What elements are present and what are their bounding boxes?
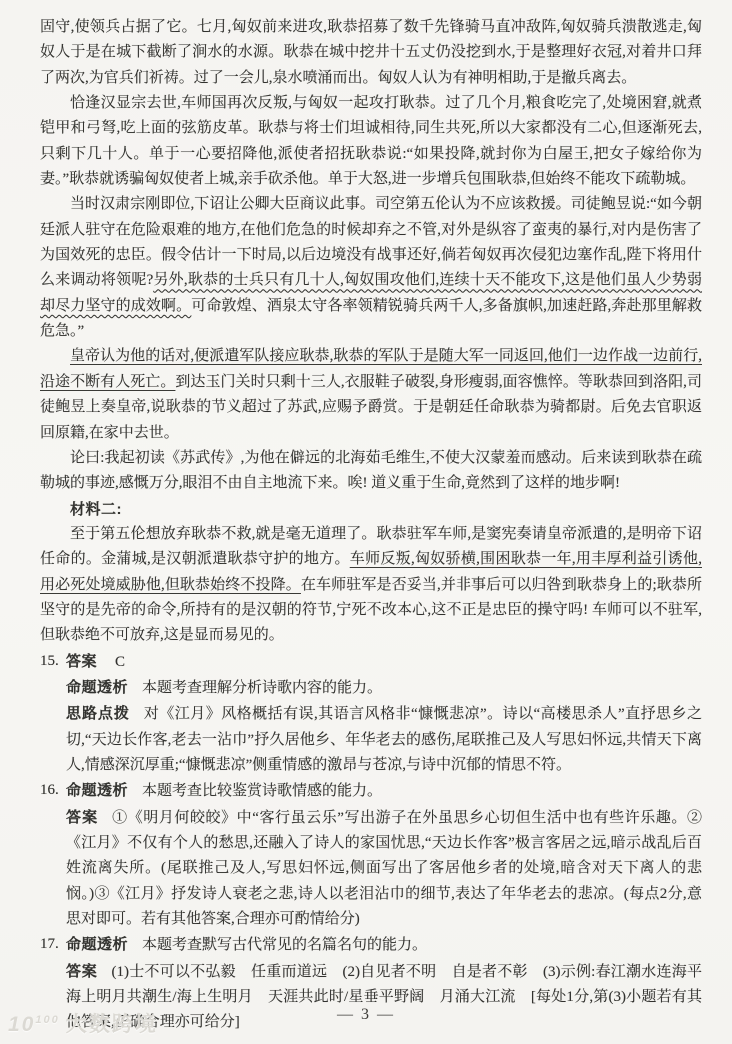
question-16-answer-block: 16.命题透析本题考查比较鉴赏诗歌情感的能力。 答案①《明月何皎皎》中“客行虽云… [40, 778, 702, 932]
material1-paragraph-4: 皇帝认为他的话对,便派遣军队接应耿恭,耿恭的军队于是随大军一同返回,他们一边作战… [40, 344, 702, 445]
analysis-label: 命题透析 [66, 936, 128, 953]
question-number: 17. [40, 932, 59, 957]
document-page: 固守,使领兵占据了它。七月,匈奴前来进攻,耿恭招募了数千先锋骑马直冲敌阵,匈奴骑… [0, 0, 732, 1044]
answer-text: ①《明月何皎皎》中“客行虽云乐”写出游子在外虽思乡心切但生活中也有些许乐趣。②《… [66, 810, 702, 927]
answer-value: C [115, 654, 125, 670]
material2-heading: 材料二: [40, 497, 702, 522]
question-number: 15. [40, 649, 59, 674]
question-17-analysis-line: 17.命题透析本题考查默写古代常见的名篇名句的能力。 [40, 932, 702, 958]
material2-paragraph-1: 至于第五伦想放弃耿恭不救,就是毫无道理了。耿恭驻军车师,是窦宪奏请皇帝派遣的,是… [40, 522, 702, 649]
watermark-logo-base: 10 [8, 1013, 35, 1036]
question-15-hint-line: 思路点拨对《江月》风格概括有误,其语言风格非“慷慨悲凉”。诗以“高楼思杀人”直抒… [40, 701, 702, 778]
page-content: 固守,使领兵占据了它。七月,匈奴前来进攻,耿恭招募了数千先锋骑马直冲敌阵,匈奴骑… [40, 15, 702, 1036]
watermark-text: 大数跨境 [66, 1013, 158, 1036]
analysis-text: 本题考查比较鉴赏诗歌情感的能力。 [142, 783, 382, 799]
answer-label: 答案 [66, 653, 97, 670]
question-15-answer-line: 15.答案C [40, 649, 702, 675]
hint-label: 思路点拨 [66, 705, 130, 722]
question-15-analysis-line: 命题透析本题考查理解分析诗歌内容的能力。 [40, 675, 702, 701]
question-number: 16. [40, 778, 59, 803]
material1-paragraph-3: 当时汉肃宗刚即位,下诏让公卿大臣商议此事。司空第五伦认为不应该救援。司徒鲍昱说:… [40, 192, 702, 344]
question-15-answer-block: 15.答案C 命题透析本题考查理解分析诗歌内容的能力。 思路点拨对《江月》风格概… [40, 649, 702, 779]
material1-paragraph-continuation: 固守,使领兵占据了它。七月,匈奴前来进攻,耿恭招募了数千先锋骑马直冲敌阵,匈奴骑… [40, 15, 702, 91]
analysis-label: 命题透析 [66, 679, 128, 696]
analysis-label: 命题透析 [66, 782, 128, 799]
answer-label: 答案 [66, 963, 97, 980]
page-number-text: — 3 — [337, 1006, 395, 1023]
material1-paragraph-5-lunyue: 论曰:我起初读《苏武传》,为他在僻远的北海茹毛维生,不使大汉蒙羞而感动。后来读到… [40, 446, 702, 497]
material1-paragraph-2: 恰逢汉显宗去世,车师国再次反叛,与匈奴一起攻打耿恭。过了几个月,粮食吃完了,处境… [40, 91, 702, 192]
watermark-logo-icon: 10100 [8, 1013, 60, 1036]
watermark-logo-exponent: 100 [35, 1014, 59, 1026]
analysis-text: 本题考查默写古代常见的名篇名句的能力。 [142, 937, 427, 953]
analysis-text: 本题考查理解分析诗歌内容的能力。 [142, 680, 382, 696]
hint-text: 对《江月》风格概括有误,其语言风格非“慷慨悲凉”。诗以“高楼思杀人”直抒思乡之切… [66, 706, 702, 773]
watermark-dashukuajing: 10100大数跨境 [8, 1008, 158, 1038]
question-16-answer-line: 答案①《明月何皎皎》中“客行虽云乐”写出游子在外虽思乡心切但生活中也有些许乐趣。… [40, 805, 702, 933]
question-16-analysis-line: 16.命题透析本题考查比较鉴赏诗歌情感的能力。 [40, 778, 702, 804]
answer-label: 答案 [66, 809, 98, 826]
